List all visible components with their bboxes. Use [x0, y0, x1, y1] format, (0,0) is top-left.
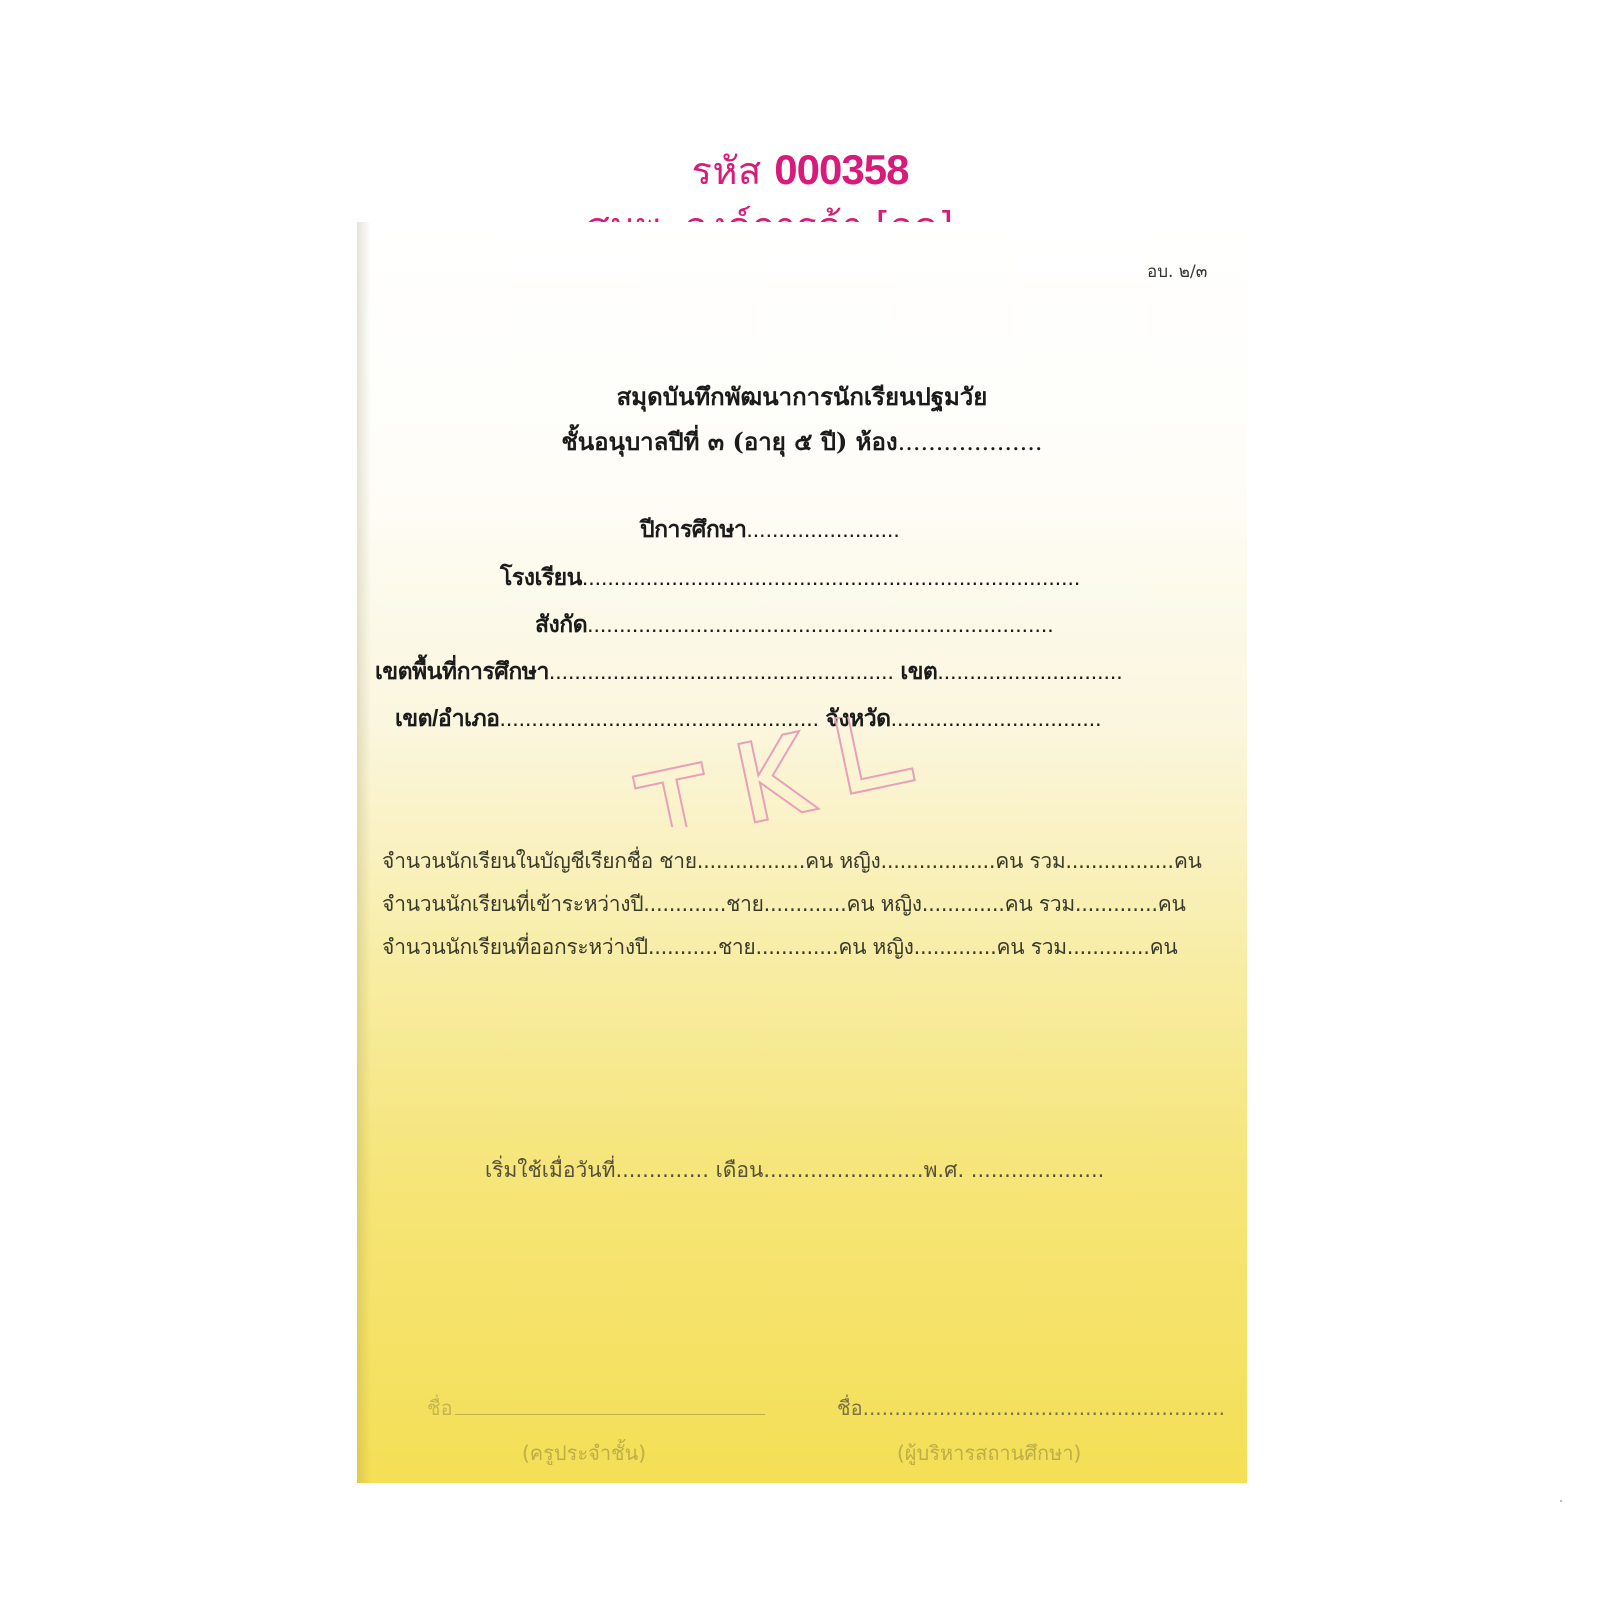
count-female: หญิง [839, 849, 880, 873]
count-unit: คน [1150, 935, 1178, 959]
count-female: หญิง [881, 892, 922, 916]
teacher-signature-field[interactable]: ชื่อ [427, 1392, 765, 1424]
notebook-cover: อบ. ๒/๓ สมุดบันทึกพัฒนาการนักเรียนปฐมวัย… [357, 222, 1247, 1483]
count-male: ชาย [718, 935, 755, 959]
scan-speck [1560, 1500, 1562, 1502]
form-code: อบ. ๒/๓ [1147, 258, 1207, 285]
start-date-line[interactable]: เริ่มใช้เมื่อวันที่.............. เดือน.… [485, 1154, 1104, 1187]
product-code-label: รหัส [692, 149, 762, 193]
school-label: โรงเรียน [500, 564, 582, 590]
district-label: เขต/อำเภอ [395, 705, 499, 731]
count-line-joined[interactable]: จำนวนนักเรียนที่เข้าระหว่างปี...........… [382, 888, 1186, 921]
teacher-name-label: ชื่อ [427, 1396, 453, 1420]
count-label: จำนวนนักเรียนที่เข้าระหว่างปี [382, 892, 643, 916]
cover-title: สมุดบันทึกพัฒนาการนักเรียนปฐมวัย [357, 377, 1247, 416]
academic-year-label: ปีการศึกษา [640, 516, 746, 542]
count-unit: คน [805, 849, 833, 873]
zone-label: เขต [900, 658, 937, 684]
product-code-value: 000358 [774, 146, 908, 193]
count-total: รวม [1029, 849, 1065, 873]
count-unit: คน [1005, 892, 1033, 916]
school-field[interactable]: โรงเรียน................................… [500, 560, 1080, 596]
count-total: รวม [1039, 892, 1075, 916]
count-male: ชาย [726, 892, 763, 916]
director-role: (ผู้บริหารสถานศึกษา) [897, 1437, 1081, 1469]
start-year-label: พ.ศ. [924, 1158, 965, 1182]
start-day-label: เริ่มใช้เมื่อวันที่ [485, 1158, 615, 1182]
count-female: หญิง [873, 935, 914, 959]
count-unit: คน [846, 892, 874, 916]
edu-area-label: เขตพื้นที่การศึกษา [375, 658, 549, 684]
director-name-label: ชื่อ [837, 1396, 863, 1420]
affiliation-field[interactable]: สังกัด..................................… [535, 607, 1054, 643]
count-label: จำนวนนักเรียนที่ออกระหว่างปี [382, 935, 648, 959]
teacher-role: (ครูประจำชั้น) [522, 1437, 646, 1469]
academic-year-field[interactable]: ปีการศึกษา........................ [640, 512, 900, 548]
count-unit: คน [1174, 849, 1202, 873]
tkl-watermark [625, 717, 925, 827]
count-unit: คน [997, 935, 1025, 959]
class-label: ชั้นอนุบาลปีที่ ๓ (อายุ ๕ ปี) ห้อง [561, 427, 897, 456]
count-label: จำนวนนักเรียนในบัญชีเรียกชื่อ ชาย [382, 849, 697, 873]
count-unit: คน [1158, 892, 1186, 916]
affiliation-label: สังกัด [535, 611, 587, 637]
director-signature-field[interactable]: ชื่อ....................................… [837, 1392, 1225, 1424]
start-month-label: เดือน [716, 1158, 764, 1182]
count-line-roster[interactable]: จำนวนนักเรียนในบัญชีเรียกชื่อ ชาย.......… [382, 845, 1202, 878]
edu-area-field[interactable]: เขตพื้นที่การศึกษา......................… [375, 654, 1123, 690]
product-code: รหัส 000358 [590, 140, 1010, 201]
count-total: รวม [1031, 935, 1067, 959]
room-field[interactable]: ................... [898, 428, 1043, 456]
count-unit: คน [838, 935, 866, 959]
count-line-left[interactable]: จำนวนนักเรียนที่ออกระหว่างปี...........ช… [382, 931, 1177, 964]
count-unit: คน [995, 849, 1023, 873]
cover-subtitle: ชั้นอนุบาลปีที่ ๓ (อายุ ๕ ปี) ห้อง......… [357, 422, 1247, 461]
